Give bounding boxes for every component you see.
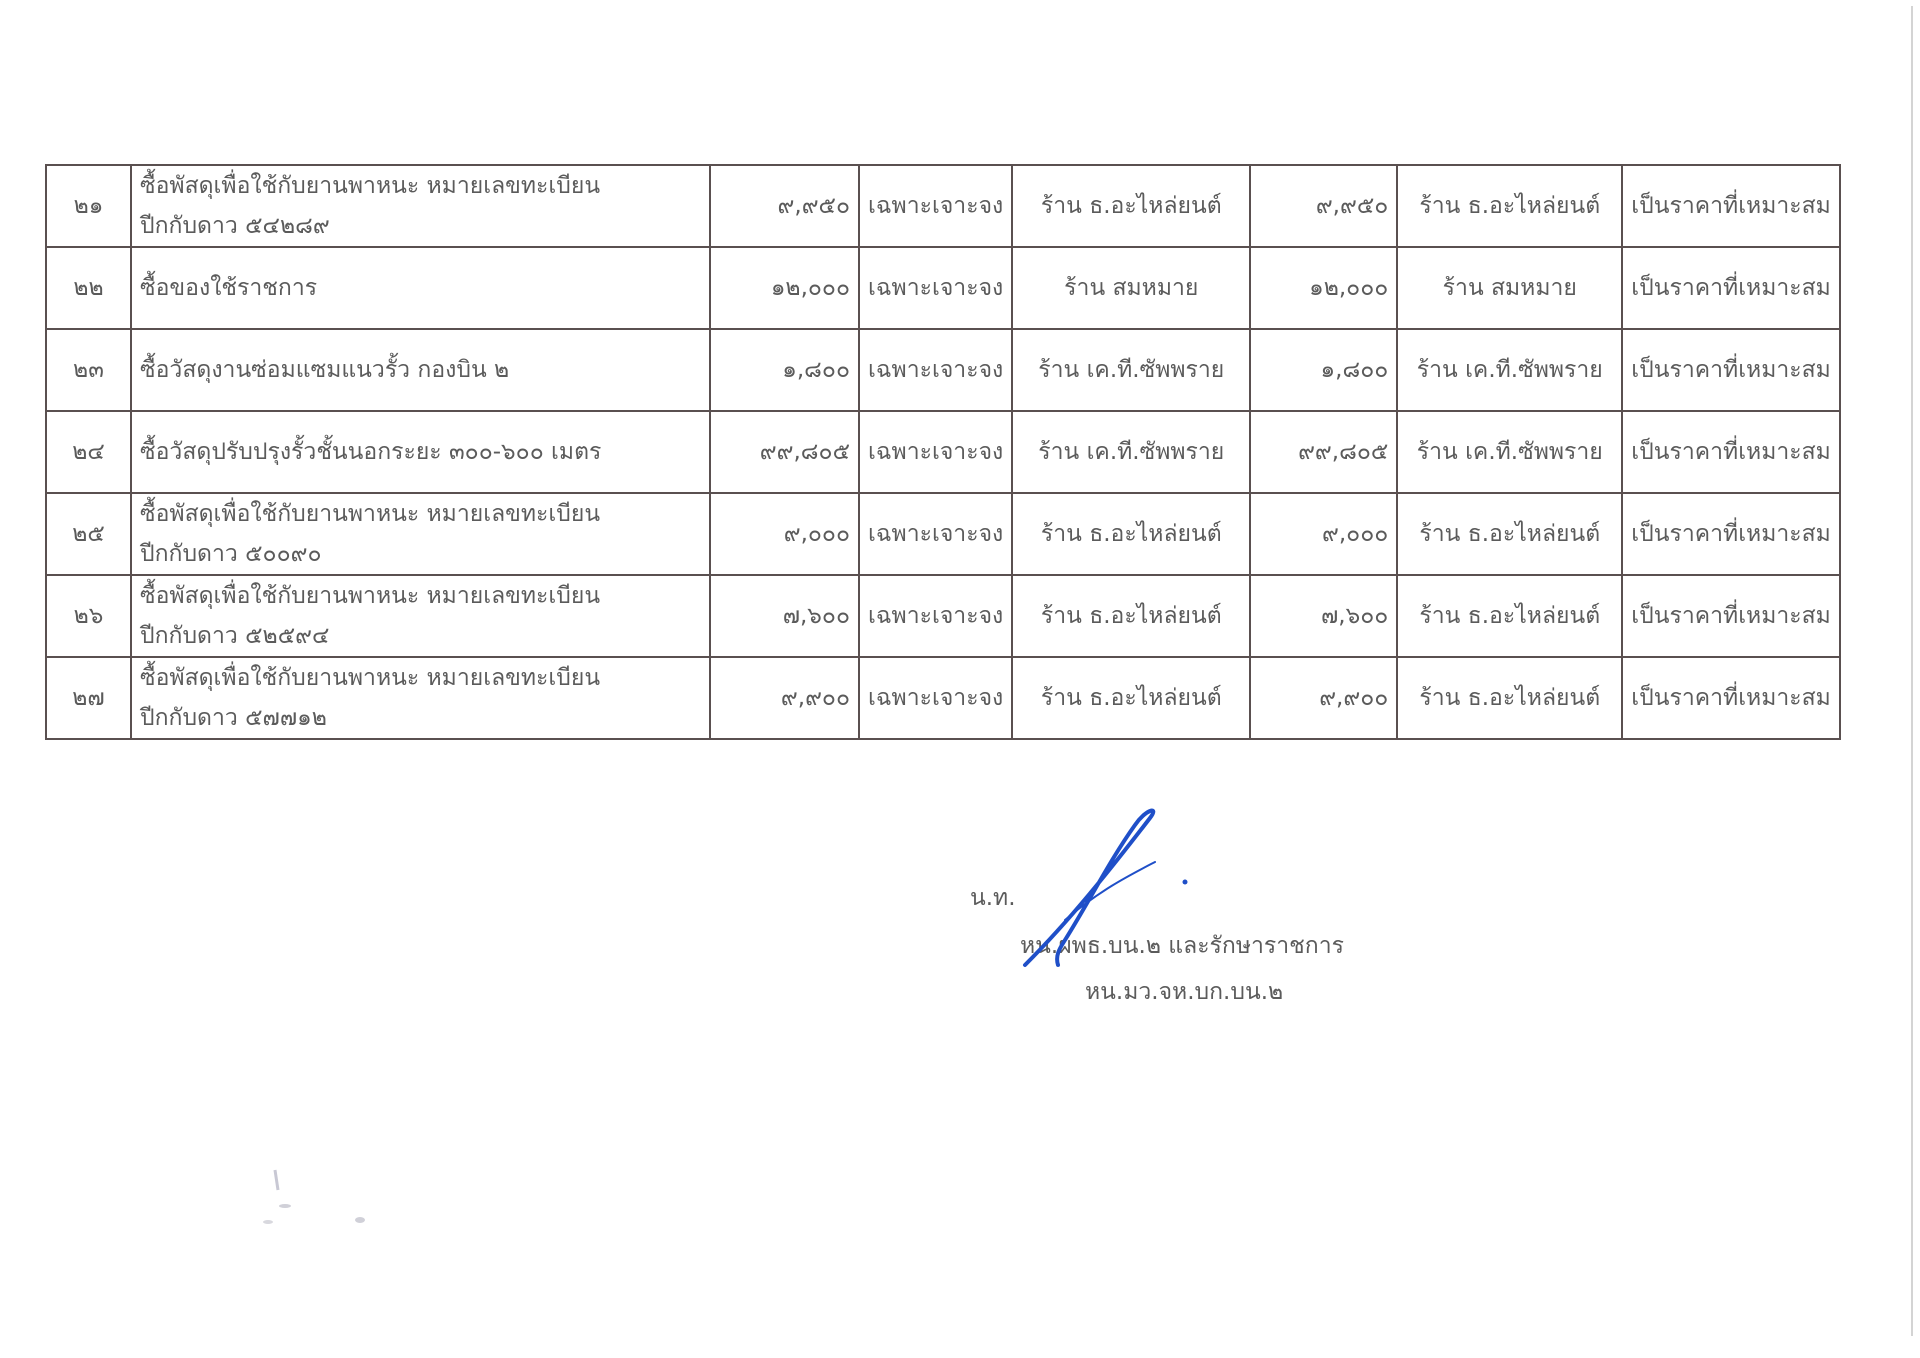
item-description: ซื้อพัสดุเพื่อใช้กับยานพาหนะ หมายเลขทะเบ… bbox=[131, 657, 710, 739]
bidder-name: ร้าน ธ.อะไหล่ยนต์ bbox=[1012, 165, 1250, 247]
table-row: ๒๓ ซื้อวัสดุงานซ่อมแซมแนวรั้ว กองบิน ๒ ๑… bbox=[46, 329, 1840, 411]
bid-price: ๙,๙๕๐ bbox=[1250, 165, 1397, 247]
winner-name: ร้าน ธ.อะไหล่ยนต์ bbox=[1397, 657, 1622, 739]
handwritten-signature-icon bbox=[1010, 800, 1210, 980]
selection-reason: เป็นราคาที่เหมาะสม bbox=[1622, 411, 1840, 493]
description-line: ซื้อวัสดุปรับปรุงรั้วชั้นนอกระยะ ๓๐๐-๖๐๐… bbox=[140, 439, 601, 465]
budget-amount: ๗,๖๐๐ bbox=[710, 575, 859, 657]
description-line: ปีกกับดาว ๕๔๒๘๙ bbox=[140, 213, 330, 239]
selection-reason: เป็นราคาที่เหมาะสม bbox=[1622, 247, 1840, 329]
bidder-name: ร้าน ธ.อะไหล่ยนต์ bbox=[1012, 575, 1250, 657]
procurement-method: เฉพาะเจาะจง bbox=[859, 575, 1012, 657]
procurement-table: ๒๑ ซื้อพัสดุเพื่อใช้กับยานพาหนะ หมายเลขท… bbox=[45, 164, 1841, 740]
item-description: ซื้อของใช้ราชการ bbox=[131, 247, 710, 329]
procurement-method: เฉพาะเจาะจง bbox=[859, 657, 1012, 739]
bid-price: ๑๒,๐๐๐ bbox=[1250, 247, 1397, 329]
budget-amount: ๑๒,๐๐๐ bbox=[710, 247, 859, 329]
procurement-method: เฉพาะเจาะจง bbox=[859, 329, 1012, 411]
procurement-method: เฉพาะเจาะจง bbox=[859, 165, 1012, 247]
scan-specks bbox=[260, 1160, 380, 1230]
item-description: ซื้อวัสดุงานซ่อมแซมแนวรั้ว กองบิน ๒ bbox=[131, 329, 710, 411]
description-line: ซื้อพัสดุเพื่อใช้กับยานพาหนะ หมายเลขทะเบ… bbox=[140, 501, 600, 527]
budget-amount: ๙,๙๕๐ bbox=[710, 165, 859, 247]
item-number: ๒๗ bbox=[46, 657, 131, 739]
scan-page-edge bbox=[1911, 6, 1913, 1336]
bidder-name: ร้าน ธ.อะไหล่ยนต์ bbox=[1012, 657, 1250, 739]
budget-amount: ๙,๐๐๐ bbox=[710, 493, 859, 575]
item-number: ๒๑ bbox=[46, 165, 131, 247]
item-description: ซื้อวัสดุปรับปรุงรั้วชั้นนอกระยะ ๓๐๐-๖๐๐… bbox=[131, 411, 710, 493]
item-description: ซื้อพัสดุเพื่อใช้กับยานพาหนะ หมายเลขทะเบ… bbox=[131, 575, 710, 657]
signer-rank: น.ท. bbox=[970, 880, 1016, 916]
budget-amount: ๑,๘๐๐ bbox=[710, 329, 859, 411]
bidder-name: ร้าน สมหมาย bbox=[1012, 247, 1250, 329]
item-description: ซื้อพัสดุเพื่อใช้กับยานพาหนะ หมายเลขทะเบ… bbox=[131, 493, 710, 575]
description-line: ปีกกับดาว ๕๒๕๙๔ bbox=[140, 623, 329, 649]
item-number: ๒๖ bbox=[46, 575, 131, 657]
item-number: ๒๔ bbox=[46, 411, 131, 493]
item-number: ๒๒ bbox=[46, 247, 131, 329]
description-line: ซื้อของใช้ราชการ bbox=[140, 275, 317, 301]
winner-name: ร้าน ธ.อะไหล่ยนต์ bbox=[1397, 493, 1622, 575]
bid-price: ๗,๖๐๐ bbox=[1250, 575, 1397, 657]
selection-reason: เป็นราคาที่เหมาะสม bbox=[1622, 493, 1840, 575]
table-row: ๒๔ ซื้อวัสดุปรับปรุงรั้วชั้นนอกระยะ ๓๐๐-… bbox=[46, 411, 1840, 493]
description-line: ซื้อพัสดุเพื่อใช้กับยานพาหนะ หมายเลขทะเบ… bbox=[140, 665, 600, 691]
budget-amount: ๙,๙๐๐ bbox=[710, 657, 859, 739]
bid-price: ๙,๙๐๐ bbox=[1250, 657, 1397, 739]
description-line: ซื้อวัสดุงานซ่อมแซมแนวรั้ว กองบิน ๒ bbox=[140, 357, 509, 383]
winner-name: ร้าน ธ.อะไหล่ยนต์ bbox=[1397, 165, 1622, 247]
table-row: ๒๗ ซื้อพัสดุเพื่อใช้กับยานพาหนะ หมายเลขท… bbox=[46, 657, 1840, 739]
item-number: ๒๓ bbox=[46, 329, 131, 411]
winner-name: ร้าน สมหมาย bbox=[1397, 247, 1622, 329]
procurement-method: เฉพาะเจาะจง bbox=[859, 411, 1012, 493]
selection-reason: เป็นราคาที่เหมาะสม bbox=[1622, 575, 1840, 657]
description-line: ซื้อพัสดุเพื่อใช้กับยานพาหนะ หมายเลขทะเบ… bbox=[140, 173, 600, 199]
bidder-name: ร้าน ธ.อะไหล่ยนต์ bbox=[1012, 493, 1250, 575]
bid-price: ๙,๐๐๐ bbox=[1250, 493, 1397, 575]
bid-price: ๑,๘๐๐ bbox=[1250, 329, 1397, 411]
table-row: ๒๑ ซื้อพัสดุเพื่อใช้กับยานพาหนะ หมายเลขท… bbox=[46, 165, 1840, 247]
table-row: ๒๒ ซื้อของใช้ราชการ ๑๒,๐๐๐ เฉพาะเจาะจง ร… bbox=[46, 247, 1840, 329]
procurement-method: เฉพาะเจาะจง bbox=[859, 493, 1012, 575]
budget-amount: ๙๙,๘๐๕ bbox=[710, 411, 859, 493]
item-description: ซื้อพัสดุเพื่อใช้กับยานพาหนะ หมายเลขทะเบ… bbox=[131, 165, 710, 247]
description-line: ปีกกับดาว ๕๐๐๙๐ bbox=[140, 541, 322, 567]
procurement-table-body: ๒๑ ซื้อพัสดุเพื่อใช้กับยานพาหนะ หมายเลขท… bbox=[46, 165, 1840, 739]
bidder-name: ร้าน เค.ที.ซัพพราย bbox=[1012, 411, 1250, 493]
bidder-name: ร้าน เค.ที.ซัพพราย bbox=[1012, 329, 1250, 411]
description-line: ปีกกับดาว ๕๗๗๑๒ bbox=[140, 705, 327, 731]
procurement-method: เฉพาะเจาะจง bbox=[859, 247, 1012, 329]
item-number: ๒๕ bbox=[46, 493, 131, 575]
table-row: ๒๕ ซื้อพัสดุเพื่อใช้กับยานพาหนะ หมายเลขท… bbox=[46, 493, 1840, 575]
bid-price: ๙๙,๘๐๕ bbox=[1250, 411, 1397, 493]
winner-name: ร้าน เค.ที.ซัพพราย bbox=[1397, 329, 1622, 411]
selection-reason: เป็นราคาที่เหมาะสม bbox=[1622, 657, 1840, 739]
table-row: ๒๖ ซื้อพัสดุเพื่อใช้กับยานพาหนะ หมายเลขท… bbox=[46, 575, 1840, 657]
winner-name: ร้าน ธ.อะไหล่ยนต์ bbox=[1397, 575, 1622, 657]
selection-reason: เป็นราคาที่เหมาะสม bbox=[1622, 165, 1840, 247]
description-line: ซื้อพัสดุเพื่อใช้กับยานพาหนะ หมายเลขทะเบ… bbox=[140, 583, 600, 609]
selection-reason: เป็นราคาที่เหมาะสม bbox=[1622, 329, 1840, 411]
winner-name: ร้าน เค.ที.ซัพพราย bbox=[1397, 411, 1622, 493]
